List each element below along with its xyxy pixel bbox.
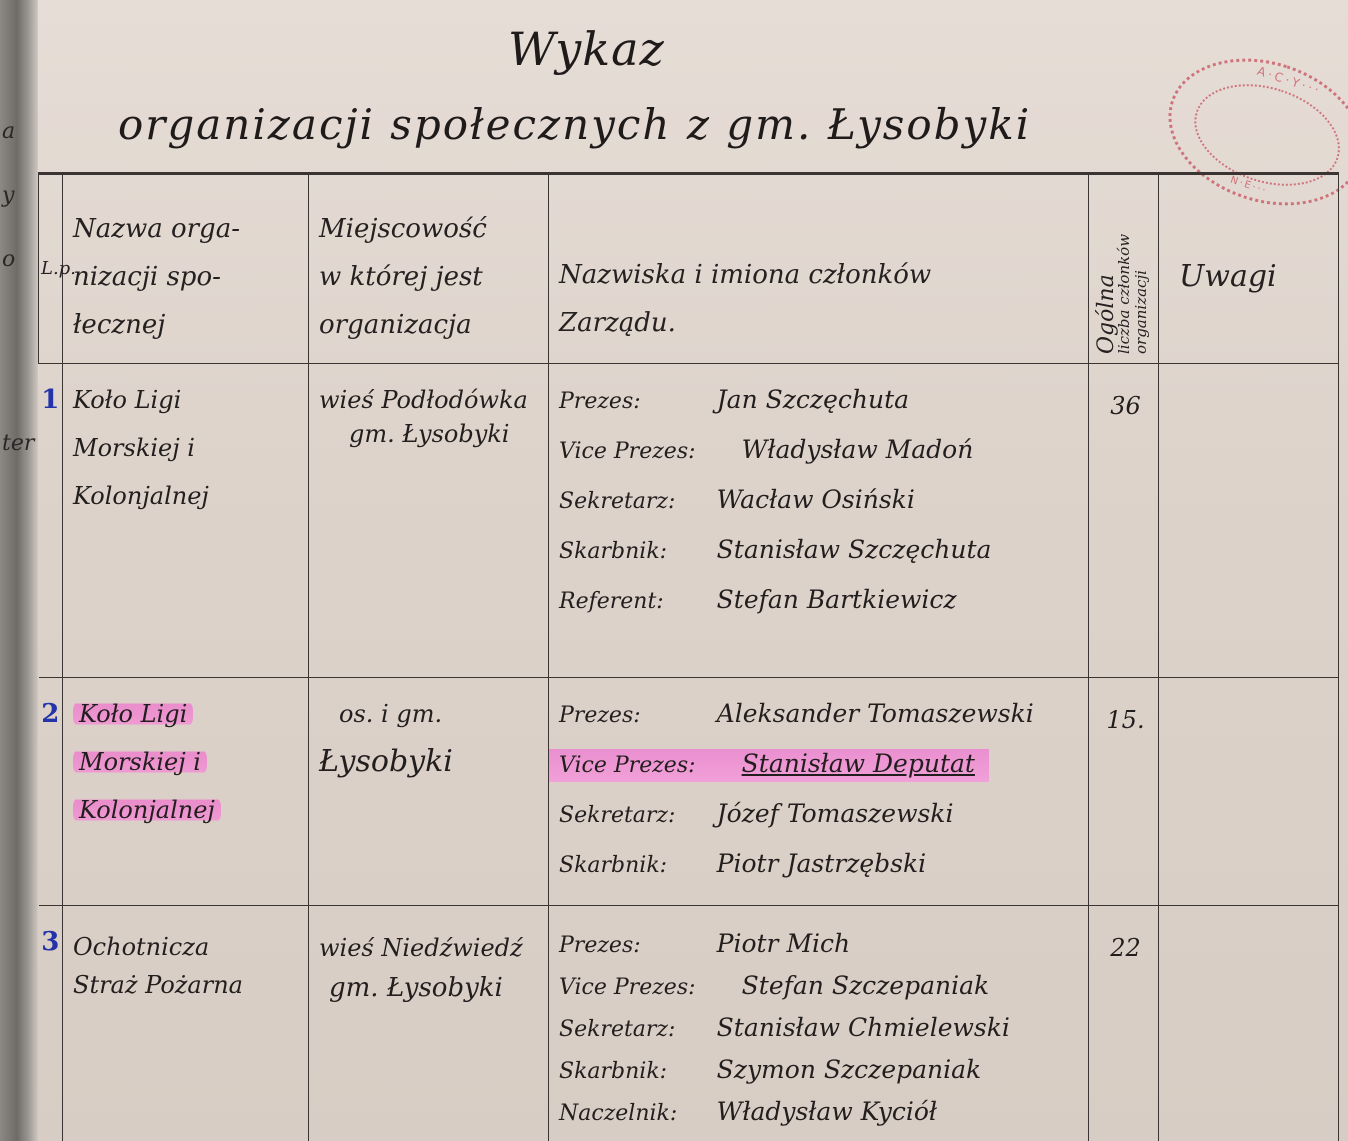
header-notes: Uwagi [1159, 174, 1339, 364]
member-count: 36 [1089, 364, 1159, 678]
title-block: Wykaz organizacji społecznych z gm. Łyso… [38, 0, 1348, 175]
notes-cell [1159, 364, 1339, 678]
highlight-mark: Kolonjalnej [73, 796, 221, 824]
organization-name: Koło Ligi Morskiej i Kolonjalnej [63, 678, 309, 906]
organization-location: wieś Podłodówka gm. Łysobyki [309, 364, 549, 678]
board-member: Skarbnik: Stanisław Szczęchuta [559, 526, 1082, 576]
header-board-members: Nazwiska i imiona członków Zarządu. [549, 174, 1089, 364]
board-member: Naczelnik: Władysław Kyciół [559, 1092, 1082, 1134]
board-member: Prezes: Jan Szczęchuta [559, 376, 1082, 426]
organization-location: wieś Niedźwiedź gm. Łysobyki [309, 906, 549, 1141]
board-members: Prezes: Aleksander Tomaszewski Vice Prez… [549, 678, 1089, 906]
board-member: Vice Prezes: Stefan Szczepaniak [559, 966, 1082, 1008]
board-member: Sekretarz: Wacław Osiński [559, 476, 1082, 526]
board-member: Sekretarz: Józef Tomaszewski [559, 790, 1082, 840]
row-number: 3 [39, 906, 63, 1141]
board-members: Prezes: Jan Szczęchuta Vice Prezes: Wład… [549, 364, 1089, 678]
header-location: Miejscowość w której jest organizacja [309, 174, 549, 364]
board-member: Prezes: Piotr Mich [559, 924, 1082, 966]
board-member: Referent: Stefan Bartkiewicz [559, 576, 1082, 626]
margin-letter: y [2, 164, 32, 228]
organization-name: Koło Ligi Morskiej i Kolonjalnej [63, 364, 309, 678]
margin-letter: o [2, 228, 32, 292]
document-subtitle: organizacji społecznych z gm. Łysobyki [118, 100, 1031, 149]
header-member-count: Ogólna liczba członków organizacji [1089, 174, 1159, 364]
book-binding-margin: a y o ter [0, 0, 38, 1141]
highlight-mark: Koło Ligi [73, 700, 193, 728]
board-member: Sekretarz: Stanisław Chmielewski [559, 1008, 1082, 1050]
table-row: 3 Ochotnicza Straż Pożarna wieś Niedźwie… [39, 906, 1339, 1141]
header-organization-name: Nazwa orga- nizacji spo- łecznej [63, 174, 309, 364]
margin-letter: ter [2, 412, 32, 476]
document-page: Wykaz organizacji społecznych z gm. Łyso… [38, 0, 1348, 1141]
highlight-mark: Vice Prezes: Stanisław Deputat [549, 740, 989, 790]
margin-letters: a y o ter [2, 100, 32, 476]
header-lp: L.p. [39, 174, 63, 364]
board-members: Prezes: Piotr Mich Vice Prezes: Stefan S… [549, 906, 1089, 1141]
notes-cell [1159, 678, 1339, 906]
margin-letter: a [2, 100, 32, 164]
notes-cell [1159, 906, 1339, 1141]
member-count: 15. [1089, 678, 1159, 906]
highlight-mark: Morskiej i [73, 748, 207, 776]
board-member-highlighted: Vice Prezes: Stanisław Deputat [559, 740, 1082, 790]
organization-location: os. i gm. Łysobyki [309, 678, 549, 906]
table-row: 2 Koło Ligi Morskiej i Kolonjalnej os. i… [39, 678, 1339, 906]
board-member: Skarbnik: Piotr Jastrzębski [559, 840, 1082, 890]
board-member: Prezes: Aleksander Tomaszewski [559, 690, 1082, 740]
document-title: Wykaz [508, 22, 665, 76]
table-row: 1 Koło Ligi Morskiej i Kolonjalnej wieś … [39, 364, 1339, 678]
row-number: 2 [39, 678, 63, 906]
organization-name: Ochotnicza Straż Pożarna [63, 906, 309, 1141]
table-header-row: L.p. Nazwa orga- nizacji spo- łecznej Mi… [39, 174, 1339, 364]
board-member: Vice Prezes: Władysław Madoń [559, 426, 1082, 476]
organizations-table: L.p. Nazwa orga- nizacji spo- łecznej Mi… [38, 172, 1339, 1141]
member-count: 22 [1089, 906, 1159, 1141]
row-number: 1 [39, 364, 63, 678]
board-member: Skarbnik: Szymon Szczepaniak [559, 1050, 1082, 1092]
